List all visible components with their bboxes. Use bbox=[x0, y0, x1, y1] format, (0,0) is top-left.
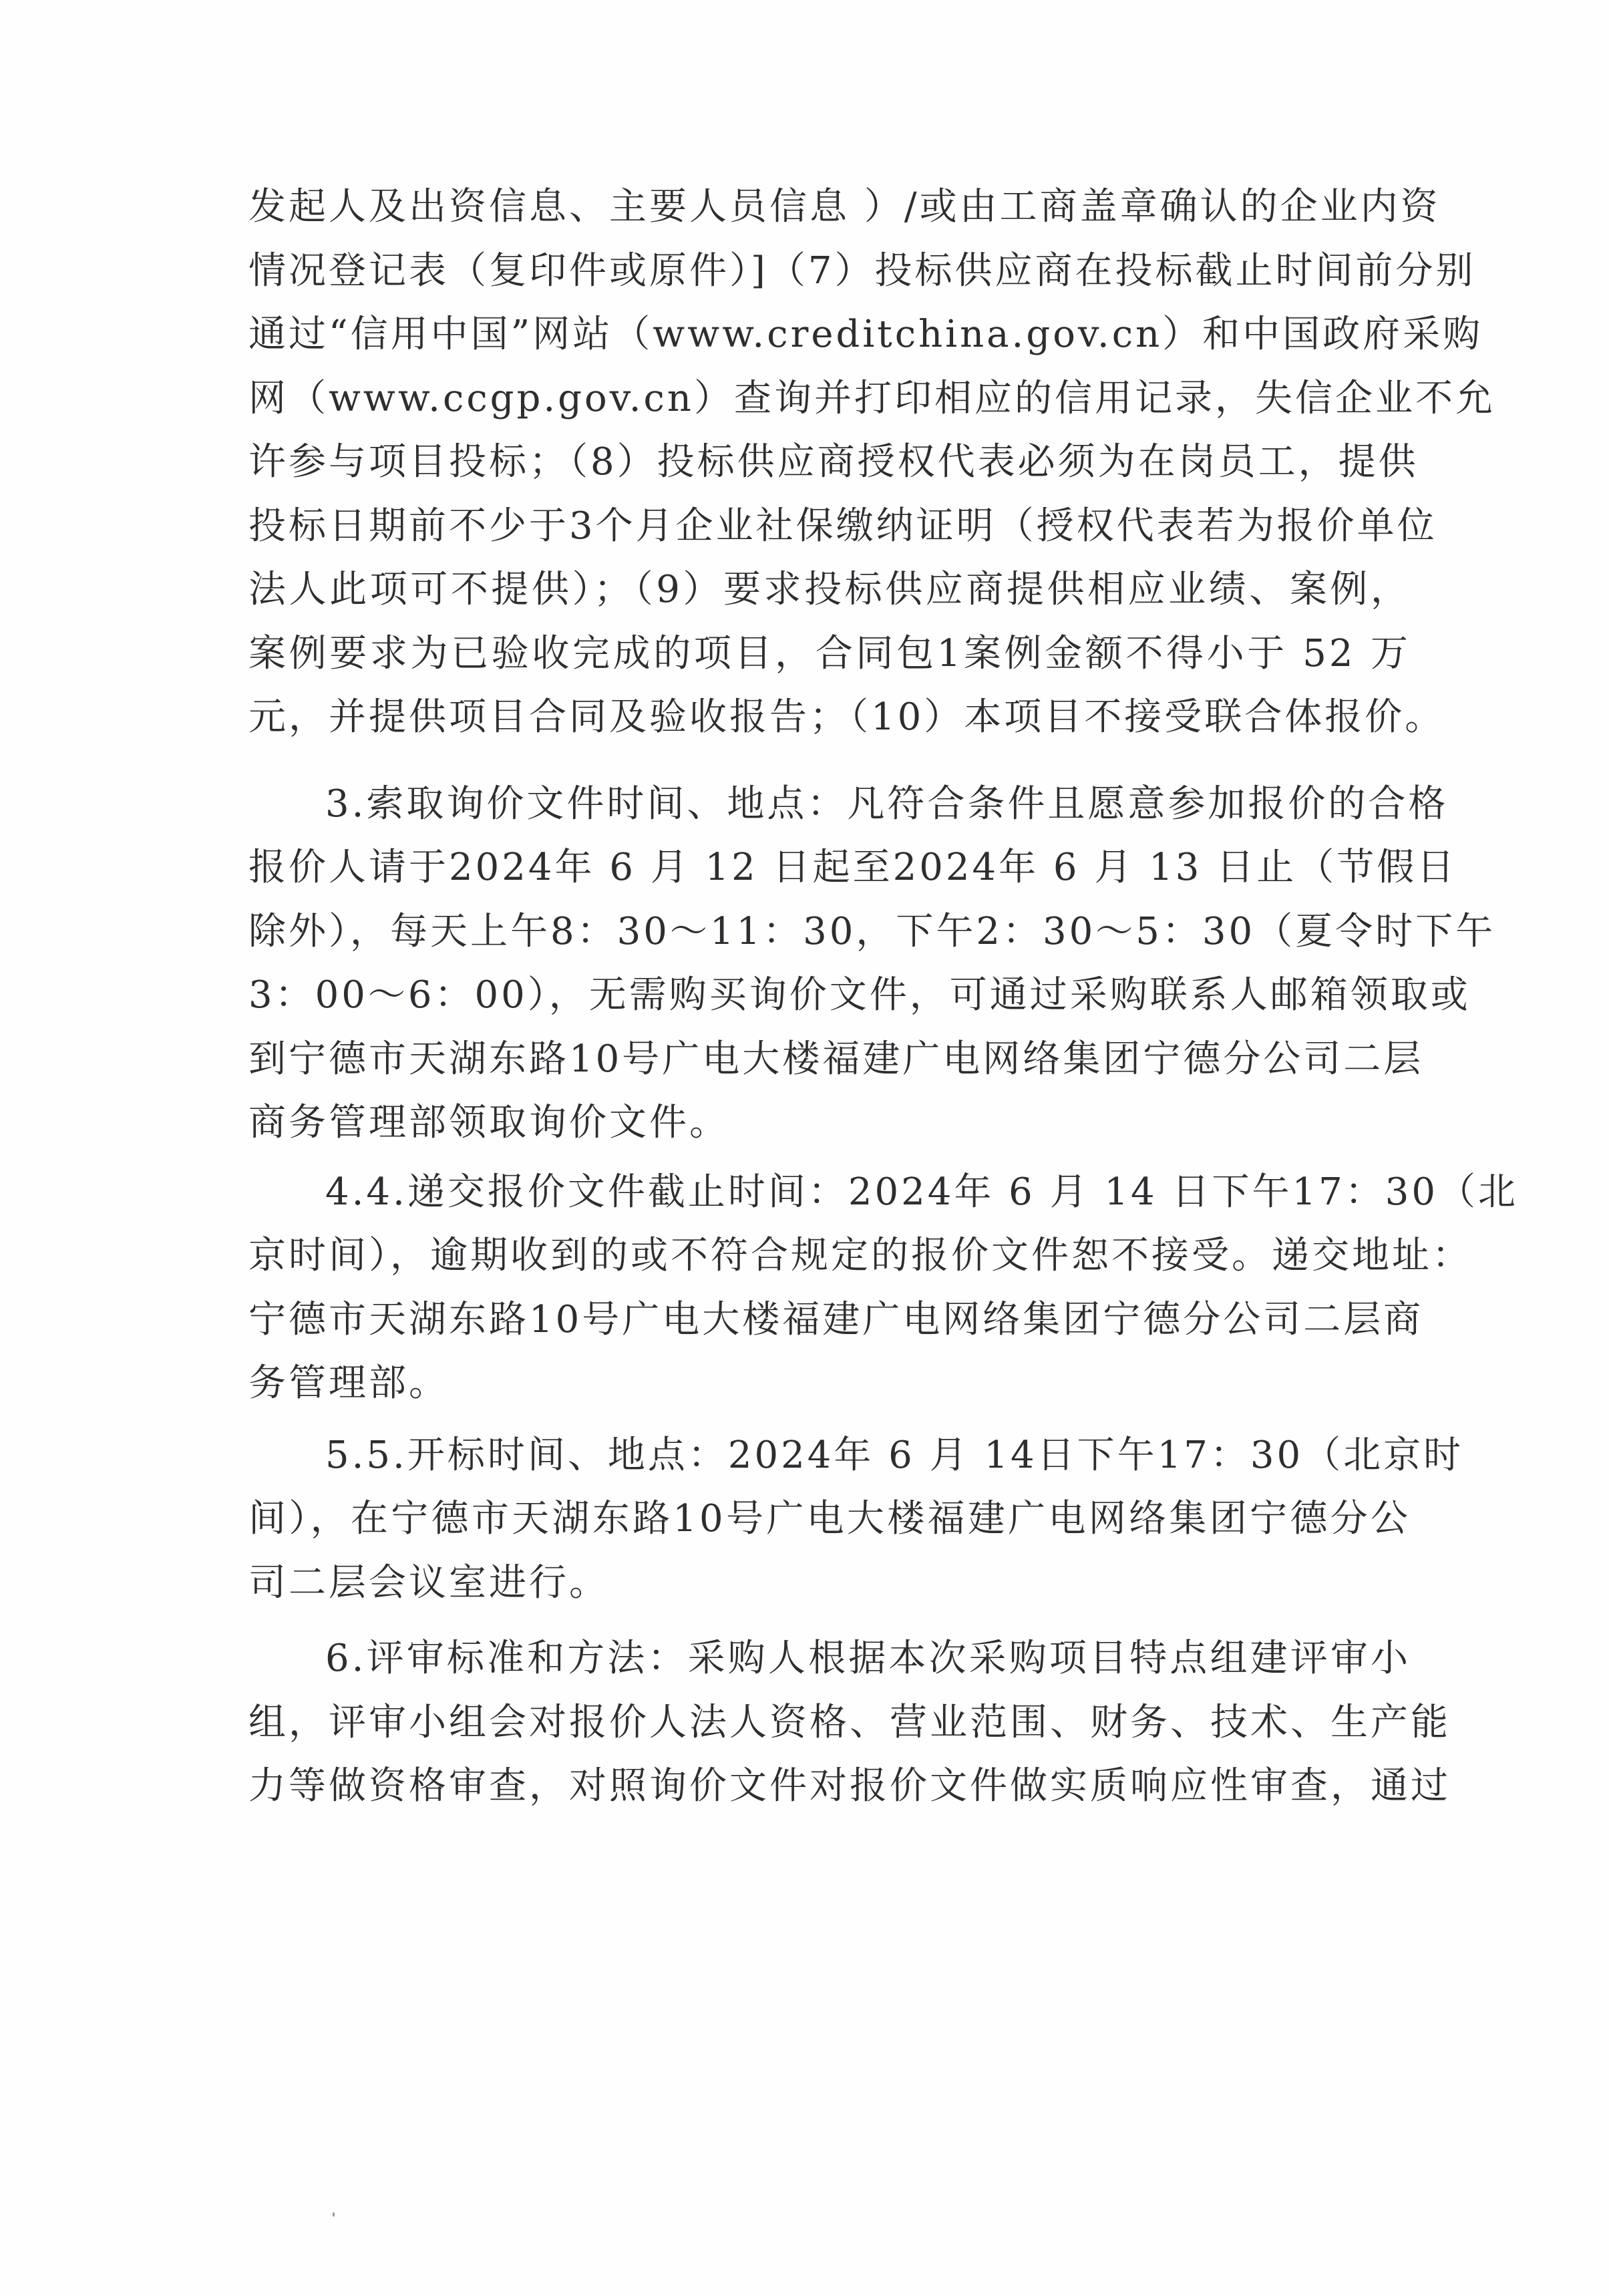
section-4-heading-line: 4.4.递交报价文件截止时间：2024年 6 月 14 日下午17：30（北 bbox=[248, 1160, 1411, 1224]
text-line: 发起人及出资信息、主要人员信息 ）/或由工商盖章确认的企业内资 bbox=[248, 175, 1411, 239]
paragraph-section-4-submission-deadline: 4.4.递交报价文件截止时间：2024年 6 月 14 日下午17：30（北 京… bbox=[248, 1160, 1411, 1416]
text-line: 许参与项目投标；（8）投标供应商授权代表必须为在岗员工，提供 bbox=[248, 430, 1411, 494]
text-line: 情况登记表（复印件或原件）]（7）投标供应商在投标截止时间前分别 bbox=[248, 239, 1411, 303]
text-line: 3：00～6：00），无需购买询价文件，可通过采购联系人邮箱领取或 bbox=[248, 963, 1411, 1027]
paragraph-section-3-obtain-documents: 3.索取询价文件时间、地点：凡符合条件且愿意参加报价的合格 报价人请于2024年… bbox=[248, 772, 1411, 1155]
paragraph-spacer bbox=[248, 1416, 1411, 1424]
section-5-heading-line: 5.5.开标时间、地点：2024年 6 月 14日下午17：30（北京时 bbox=[248, 1424, 1411, 1488]
paragraph-spacer bbox=[248, 1155, 1411, 1160]
text-line: 力等做资格审查，对照询价文件对报价文件做实质响应性审查，通过 bbox=[248, 1754, 1411, 1818]
text-line: 宁德市天湖东路10号广电大楼福建广电网络集团宁德分公司二层商 bbox=[248, 1288, 1411, 1352]
section-3-heading-line: 3.索取询价文件时间、地点：凡符合条件且愿意参加报价的合格 bbox=[248, 772, 1411, 836]
text-line: 司二层会议室进行。 bbox=[248, 1551, 1411, 1615]
text-line: 网（www.ccgp.gov.cn）查询并打印相应的信用记录，失信企业不允 bbox=[248, 367, 1411, 431]
text-line: 法人此项可不提供）；（9）要求投标供应商提供相应业绩、案例， bbox=[248, 558, 1411, 622]
text-line: 京时间），逾期收到的或不符合规定的报价文件恕不接受。递交地址： bbox=[248, 1224, 1411, 1288]
text-line: 报价人请于2024年 6 月 12 日起至2024年 6 月 13 日止（节假日 bbox=[248, 836, 1411, 900]
paragraph-section-6-evaluation-method: 6.评审标准和方法：采购人根据本次采购项目特点组建评审小 组，评审小组会对报价人… bbox=[248, 1627, 1411, 1818]
text-line: 除外），每天上午8：30～11：30，下午2：30～5：30（夏令时下午 bbox=[248, 900, 1411, 964]
text-line: 通过“信用中国”网站（www.creditchina.gov.cn）和中国政府采… bbox=[248, 303, 1411, 367]
text-line: 间），在宁德市天湖东路10号广电大楼福建广电网络集团宁德分公 bbox=[248, 1487, 1411, 1551]
paragraph-section-5-bid-opening: 5.5.开标时间、地点：2024年 6 月 14日下午17：30（北京时 间），… bbox=[248, 1424, 1411, 1615]
text-line: 案例要求为已验收完成的项目，合同包1案例金额不得小于 52 万 bbox=[248, 622, 1411, 686]
text-line: 元，并提供项目合同及验收报告；（10）本项目不接受联合体报价。 bbox=[248, 685, 1411, 750]
paragraph-spacer bbox=[248, 1615, 1411, 1627]
scanned-document-page: 发起人及出资信息、主要人员信息 ）/或由工商盖章确认的企业内资 情况登记表（复印… bbox=[0, 0, 1609, 2296]
paragraph-qualification-requirements: 发起人及出资信息、主要人员信息 ）/或由工商盖章确认的企业内资 情况登记表（复印… bbox=[248, 175, 1411, 750]
text-line: 到宁德市天湖东路10号广电大楼福建广电网络集团宁德分公司二层 bbox=[248, 1027, 1411, 1092]
text-line: 务管理部。 bbox=[248, 1351, 1411, 1416]
scan-artifact-mark bbox=[333, 2212, 335, 2217]
section-6-heading-line: 6.评审标准和方法：采购人根据本次采购项目特点组建评审小 bbox=[248, 1627, 1411, 1691]
text-line: 组，评审小组会对报价人法人资格、营业范围、财务、技术、生产能 bbox=[248, 1691, 1411, 1755]
text-line: 商务管理部领取询价文件。 bbox=[248, 1091, 1411, 1155]
document-body: 发起人及出资信息、主要人员信息 ）/或由工商盖章确认的企业内资 情况登记表（复印… bbox=[248, 175, 1411, 1818]
text-line: 投标日期前不少于3个月企业社保缴纳证明（授权代表若为报价单位 bbox=[248, 494, 1411, 558]
paragraph-spacer bbox=[248, 750, 1411, 772]
